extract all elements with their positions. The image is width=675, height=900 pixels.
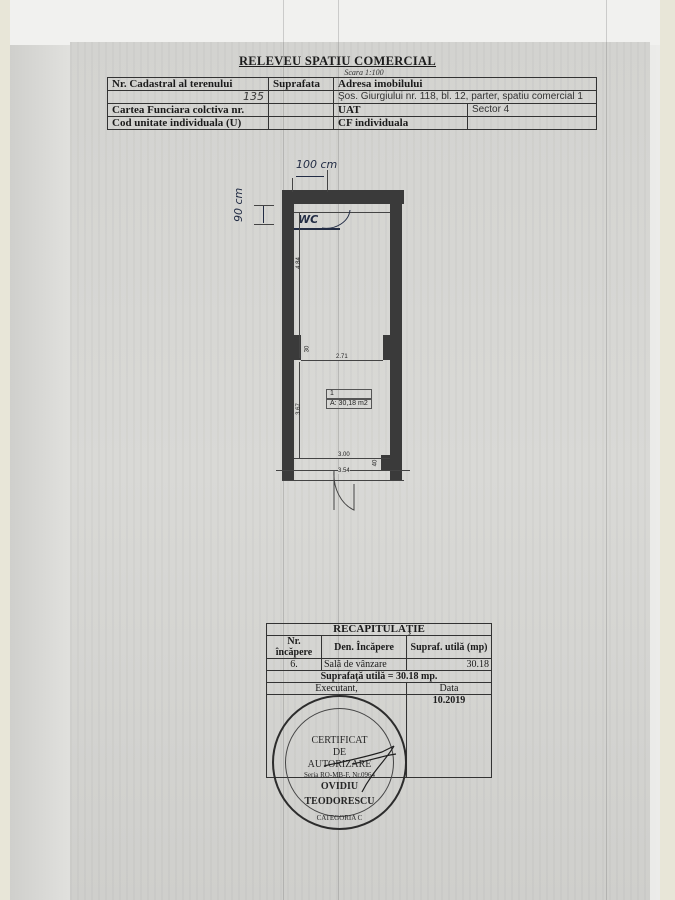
document-title: RELEVEU SPATIU COMERCIAL [0, 54, 675, 69]
right-pillar [383, 335, 390, 360]
width-arrow [296, 176, 324, 177]
dim-line-horizontal [301, 360, 383, 361]
executant-label: Executant, [267, 683, 407, 695]
dim-line-vertical [299, 213, 300, 358]
recap-row-nr: 6. [267, 659, 322, 671]
surface-label: Suprafata [269, 78, 334, 91]
table-row: 6. Sală de vânzare 30.18 [267, 659, 492, 671]
dim-tick [254, 205, 274, 206]
dim-side-wall: 40 [372, 460, 378, 467]
recap-header-name: Den. Încăpere [322, 636, 407, 659]
dim-pillar: 30 [304, 346, 310, 353]
scan-streak [606, 0, 607, 900]
surface-value [269, 91, 334, 104]
uat-value: Sector 4 [468, 104, 597, 117]
data-value: 10.2019 [407, 695, 492, 778]
wc-door-arc [320, 206, 360, 236]
height-arrow [263, 206, 264, 223]
width-note: 100 cm [296, 158, 337, 171]
signature-icon [322, 736, 402, 796]
room-number: 1 [326, 389, 372, 399]
uat-label: UAT [334, 104, 468, 117]
dim-upper-width: 2.71 [336, 354, 348, 360]
empty-cell [269, 104, 334, 117]
dim-total-width: 3.54 [338, 468, 350, 474]
recap-row-name: Sală de vânzare [322, 659, 407, 671]
door-swing-icon [330, 470, 370, 515]
address-value: Şos. Giurgiului nr. 118, bl. 12, parter,… [334, 91, 597, 104]
dim-tick [327, 170, 328, 192]
cod-unitate-label: Cod unitate individuala (U) [108, 117, 269, 130]
left-wall [282, 190, 294, 480]
recap-row-area: 30.18 [407, 659, 492, 671]
dim-lower-width: 3.00 [338, 452, 350, 458]
scale-label: Scara 1:100 [0, 68, 675, 77]
room-area: A: 30,18 m2 [326, 399, 372, 409]
cadastral-label: Nr. Cadastral al terenului [108, 78, 269, 91]
address-label: Adresa imobilului [334, 78, 597, 91]
stamp-category: CATEGORIA C [272, 814, 407, 822]
cf-individuala-label: CF individuala [334, 117, 468, 130]
right-wall [390, 190, 402, 480]
dim-lower-height: 3.67 [296, 403, 302, 415]
empty-cell [468, 117, 597, 130]
dim-tick [254, 224, 274, 225]
stamp-name2: TEODORESCU [272, 796, 407, 807]
empty-cell [269, 117, 334, 130]
carte-funciara-label: Cartea Funciara colctiva nr. [108, 104, 269, 117]
cadastral-value: 135 [108, 91, 269, 104]
recap-header-nr: Nr. încăpere [267, 636, 322, 659]
data-label: Data [407, 683, 492, 695]
recap-header-area: Supraf. utilă (mp) [407, 636, 492, 659]
paper-top-margin [10, 0, 660, 45]
header-table: Nr. Cadastral al terenului Suprafata Adr… [107, 77, 597, 130]
wc-label: WC [298, 213, 318, 226]
recap-total: Suprafaţă utilă = 30.18 mp. [267, 671, 492, 683]
dim-tick [292, 178, 293, 192]
height-note: 90 cm [232, 188, 245, 222]
top-wall [282, 190, 404, 204]
recap-title: RECAPITULAŢIE [267, 624, 492, 636]
dim-upper-height: 4.84 [296, 257, 302, 269]
floor-plan: WC 100 cm 90 cm 4.84 30 2.71 3.67 1 A: 3… [230, 160, 450, 520]
